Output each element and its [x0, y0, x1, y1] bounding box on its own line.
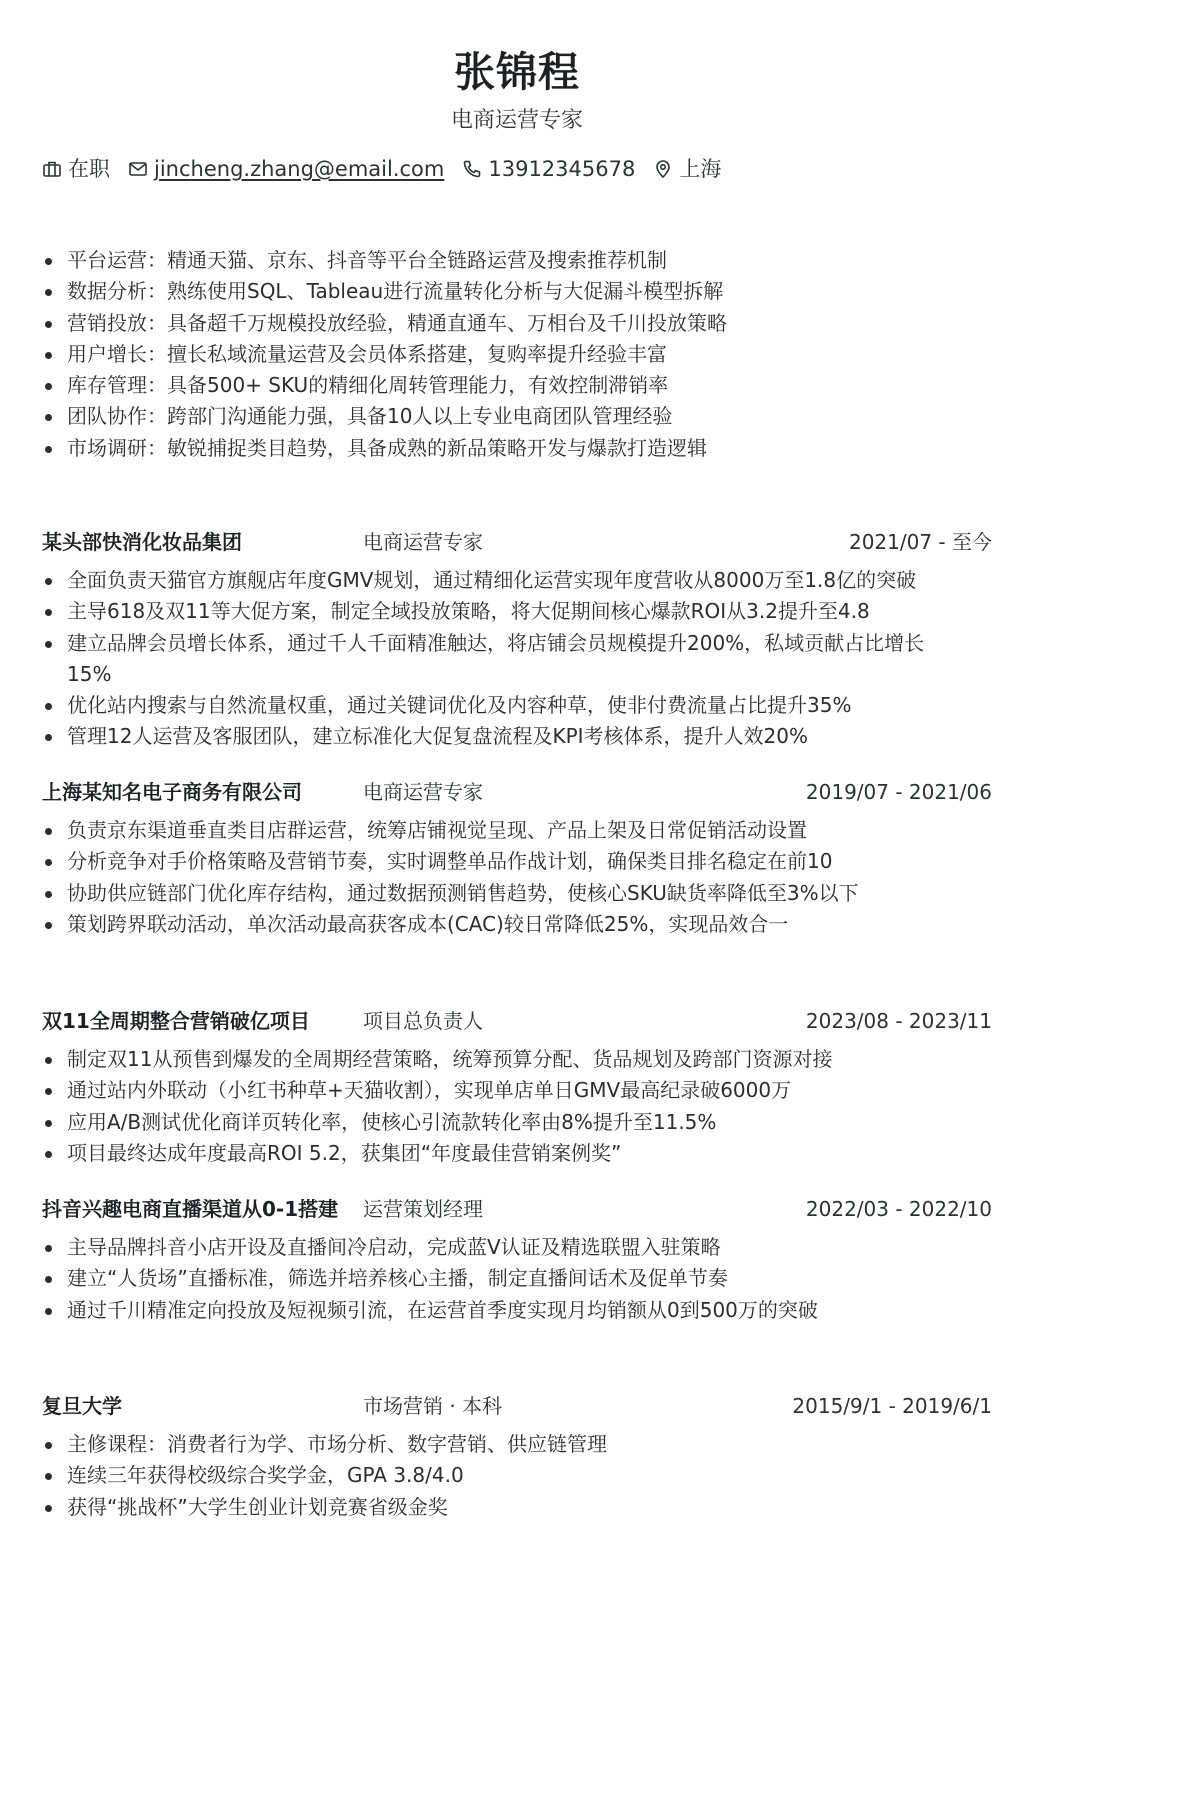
skill-item: 营销投放：具备超千万规模投放经验，精通直通车、万相台及千川投放策略 — [42, 308, 992, 339]
skill-item: 市场调研：敏锐捕捉类目趋势，具备成熟的新品策略开发与爆款打造逻辑 — [42, 433, 992, 464]
degree-major: 市场营销 · 本科 — [363, 1390, 502, 1422]
bullet-item: 建立“人货场”直播标准，筛选并培养核心主播，制定直播间话术及促单节奏 — [42, 1263, 992, 1294]
entry-header: 复旦大学 市场营销 · 本科 2015/9/1 - 2019/6/1 — [42, 1390, 992, 1422]
job-role: 电商运营专家 — [363, 776, 483, 808]
resume-header: 张锦程 电商运营专家 在职 jincheng.zhang@email.com — [42, 0, 992, 184]
location-pin-icon — [653, 159, 673, 179]
job-role: 电商运营专家 — [363, 526, 483, 558]
skill-item: 平台运营：精通天猫、京东、抖音等平台全链路运营及搜索推荐机制 — [42, 245, 992, 276]
bullet-item: 项目最终达成年度最高ROI 5.2，获集团“年度最佳营销案例奖” — [42, 1138, 992, 1169]
phone-number: 13912345678 — [488, 154, 635, 184]
skill-item: 团队协作：跨部门沟通能力强，具备10人以上专业电商团队管理经验 — [42, 401, 992, 432]
school-name: 复旦大学 — [42, 1390, 122, 1422]
entry-bullets: 全面负责天猫官方旗舰店年度GMV规划，通过精细化运营实现年度营收从8000万至1… — [42, 565, 992, 753]
bullet-item: 通过站内外联动（小红书种草+天猫收割），实现单店单日GMV最高纪录破6000万 — [42, 1075, 992, 1106]
projects-section-2: 抖音兴趣电商直播渠道从0-1搭建 运营策划经理 2022/03 - 2022/1… — [42, 1193, 992, 1326]
bullet-item: 协助供应链部门优化库存结构，通过数据预测销售趋势，使核心SKU缺货率降低至3%以… — [42, 878, 992, 909]
skill-item: 用户增长：擅长私域流量运营及会员体系搭建，复购率提升经验丰富 — [42, 339, 992, 370]
contact-email: jincheng.zhang@email.com — [128, 154, 444, 184]
employment-status: 在职 — [68, 154, 110, 184]
education-section: 复旦大学 市场营销 · 本科 2015/9/1 - 2019/6/1 主修课程：… — [42, 1390, 992, 1523]
project-role: 项目总负责人 — [363, 1005, 483, 1037]
date-range: 2015/9/1 - 2019/6/1 — [792, 1390, 992, 1422]
date-range: 2022/03 - 2022/10 — [806, 1193, 992, 1225]
contact-row: 在职 jincheng.zhang@email.com 13912345678 — [42, 154, 992, 184]
bullet-item: 通过千川精准定向投放及短视频引流，在运营首季度实现月均销额从0到500万的突破 — [42, 1295, 992, 1326]
bullet-item: 主修课程：消费者行为学、市场分析、数字营销、供应链管理 — [42, 1429, 992, 1460]
date-range: 2023/08 - 2023/11 — [806, 1005, 992, 1037]
bullet-item: 优化站内搜索与自然流量权重，通过关键词优化及内容种草，使非付费流量占比提升35% — [42, 690, 992, 721]
bullet-item: 应用A/B测试优化商详页转化率，使核心引流款转化率由8%提升至11.5% — [42, 1107, 992, 1138]
bullet-item: 负责京东渠道垂直类目店群运营，统筹店铺视觉呈现、产品上架及日常促销活动设置 — [42, 815, 992, 846]
mail-icon — [128, 159, 148, 179]
skill-item: 数据分析：熟练使用SQL、Tableau进行流量转化分析与大促漏斗模型拆解 — [42, 276, 992, 307]
work-section: 某头部快消化妆品集团 电商运营专家 2021/07 - 至今 全面负责天猫官方旗… — [42, 526, 992, 753]
date-range: 2019/07 - 2021/06 — [806, 776, 992, 808]
skills-section: 平台运营：精通天猫、京东、抖音等平台全链路运营及搜索推荐机制 数据分析：熟练使用… — [42, 245, 992, 464]
resume-page: 张锦程 电商运营专家 在职 jincheng.zhang@email.com — [42, 0, 992, 184]
company-name: 某头部快消化妆品集团 — [42, 526, 242, 558]
briefcase-icon — [42, 159, 62, 179]
work-entry: 某头部快消化妆品集团 电商运营专家 2021/07 - 至今 全面负责天猫官方旗… — [42, 526, 992, 753]
entry-bullets: 主修课程：消费者行为学、市场分析、数字营销、供应链管理 连续三年获得校级综合奖学… — [42, 1429, 992, 1523]
bullet-item: 全面负责天猫官方旗舰店年度GMV规划，通过精细化运营实现年度营收从8000万至1… — [42, 565, 992, 596]
entry-bullets: 负责京东渠道垂直类目店群运营，统筹店铺视觉呈现、产品上架及日常促销活动设置 分析… — [42, 815, 992, 940]
entry-header: 某头部快消化妆品集团 电商运营专家 2021/07 - 至今 — [42, 526, 992, 558]
bullet-item: 分析竞争对手价格策略及营销节奏，实时调整单品作战计划，确保类目排名稳定在前10 — [42, 846, 992, 877]
work-section-2: 上海某知名电子商务有限公司 电商运营专家 2019/07 - 2021/06 负… — [42, 776, 992, 940]
contact-location: 上海 — [653, 154, 721, 184]
contact-phone: 13912345678 — [462, 154, 635, 184]
project-entry: 双11全周期整合营销破亿项目 项目总负责人 2023/08 - 2023/11 … — [42, 1005, 992, 1169]
project-name: 抖音兴趣电商直播渠道从0-1搭建 — [42, 1193, 338, 1225]
bullet-item: 策划跨界联动活动，单次活动最高获客成本(CAC)较日常降低25%，实现品效合一 — [42, 909, 992, 940]
entry-header: 双11全周期整合营销破亿项目 项目总负责人 2023/08 - 2023/11 — [42, 1005, 992, 1037]
company-name: 上海某知名电子商务有限公司 — [42, 776, 302, 808]
bullet-item: 主导618及双11等大促方案，制定全域投放策略，将大促期间核心爆款ROI从3.2… — [42, 596, 992, 627]
project-entry: 抖音兴趣电商直播渠道从0-1搭建 运营策划经理 2022/03 - 2022/1… — [42, 1193, 992, 1326]
entry-bullets: 制定双11从预售到爆发的全周期经营策略，统筹预算分配、货品规划及跨部门资源对接 … — [42, 1044, 992, 1169]
project-name: 双11全周期整合营销破亿项目 — [42, 1005, 310, 1037]
skills-list: 平台运营：精通天猫、京东、抖音等平台全链路运营及搜索推荐机制 数据分析：熟练使用… — [42, 245, 992, 464]
entry-bullets: 主导品牌抖音小店开设及直播间冷启动，完成蓝V认证及精选联盟入驻策略 建立“人货场… — [42, 1232, 992, 1326]
location-text: 上海 — [679, 154, 721, 184]
bullet-item: 主导品牌抖音小店开设及直播间冷启动，完成蓝V认证及精选联盟入驻策略 — [42, 1232, 992, 1263]
project-role: 运营策划经理 — [363, 1193, 483, 1225]
work-entry: 上海某知名电子商务有限公司 电商运营专家 2019/07 - 2021/06 负… — [42, 776, 992, 940]
entry-header: 抖音兴趣电商直播渠道从0-1搭建 运营策划经理 2022/03 - 2022/1… — [42, 1193, 992, 1225]
education-entry: 复旦大学 市场营销 · 本科 2015/9/1 - 2019/6/1 主修课程：… — [42, 1390, 992, 1523]
contact-status: 在职 — [42, 154, 110, 184]
bullet-item: 建立品牌会员增长体系，通过千人千面精准触达，将店铺会员规模提升200%，私域贡献… — [42, 628, 992, 691]
bullet-item: 管理12人运营及客服团队，建立标准化大促复盘流程及KPI考核体系，提升人效20% — [42, 721, 992, 752]
bullet-item: 连续三年获得校级综合奖学金，GPA 3.8/4.0 — [42, 1460, 992, 1491]
phone-icon — [462, 159, 482, 179]
date-range: 2021/07 - 至今 — [849, 526, 992, 558]
candidate-name: 张锦程 — [42, 48, 992, 96]
projects-section: 双11全周期整合营销破亿项目 项目总负责人 2023/08 - 2023/11 … — [42, 1005, 992, 1169]
email-link[interactable]: jincheng.zhang@email.com — [154, 154, 444, 184]
bullet-item: 制定双11从预售到爆发的全周期经营策略，统筹预算分配、货品规划及跨部门资源对接 — [42, 1044, 992, 1075]
skill-item: 库存管理：具备500+ SKU的精细化周转管理能力，有效控制滞销率 — [42, 370, 992, 401]
candidate-title: 电商运营专家 — [42, 106, 992, 136]
bullet-item: 获得“挑战杯”大学生创业计划竞赛省级金奖 — [42, 1492, 992, 1523]
entry-header: 上海某知名电子商务有限公司 电商运营专家 2019/07 - 2021/06 — [42, 776, 992, 808]
